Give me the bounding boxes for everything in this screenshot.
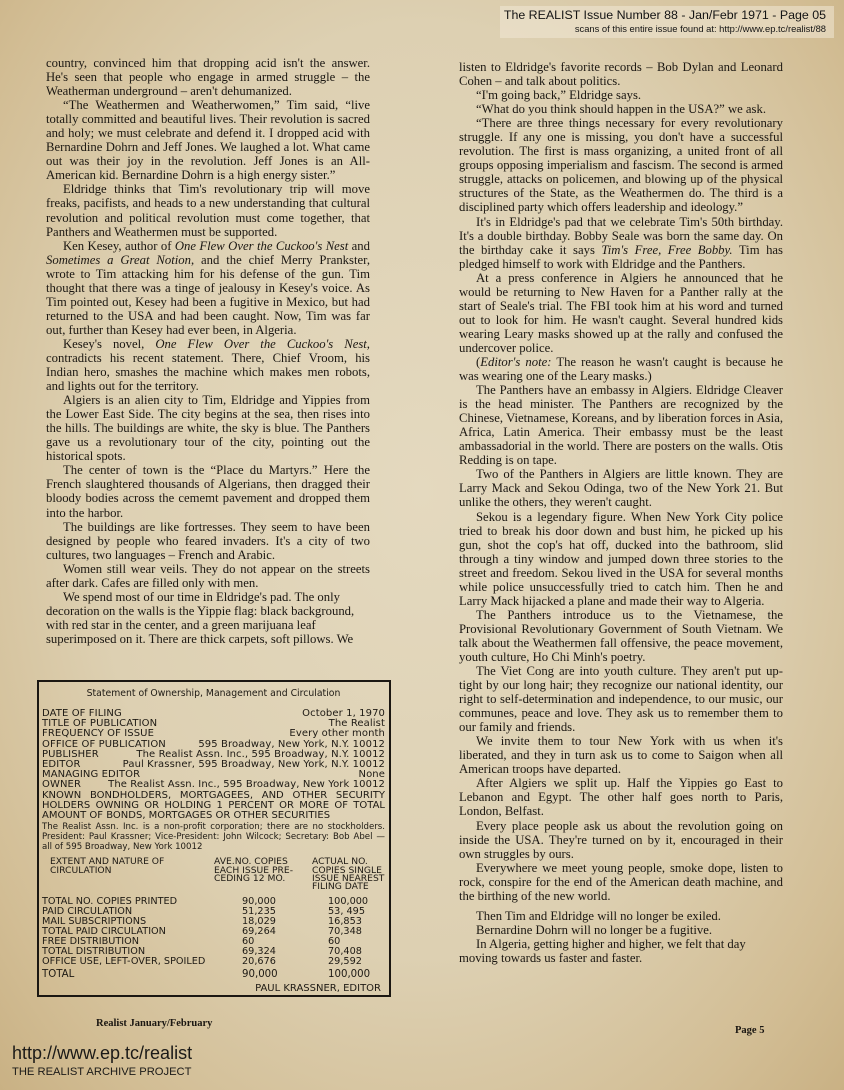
article-paragraph: We spend most of our time in Eldridge's … (46, 590, 370, 646)
article-paragraph: Eldridge thinks that Tim's revolutionary… (46, 182, 370, 238)
total-label: TOTAL (42, 970, 242, 980)
total-actual: 100,000 (328, 970, 398, 980)
article-paragraph: Kesey's novel, One Flew Over the Cuckoo'… (46, 337, 370, 393)
article-paragraph: “The Weathermen and Weatherwomen,” Tim s… (46, 98, 370, 182)
field-value: Paul Krassner, 595 Broadway, New York, N… (123, 760, 385, 770)
article-paragraph: The buildings are like fortresses. They … (46, 520, 370, 562)
nonprofit-note: The Realist Assn. Inc. is a non-profit c… (42, 822, 385, 852)
article-paragraph: The Viet Cong are into youth culture. Th… (459, 664, 783, 734)
article-paragraph: (Editor's note: The reason he wasn't cau… (459, 355, 783, 383)
article-paragraph: The Panthers introduce us to the Vietnam… (459, 608, 783, 664)
article-paragraph: The Panthers have an embassy in Algiers.… (459, 383, 783, 467)
statement-fields: DATE OF FILINGOctober 1, 1970TITLE OF PU… (42, 709, 385, 791)
circulation-header: EXTENT AND NATURE OF CIRCULATION AVE.NO.… (42, 858, 385, 892)
paragraph-text: Ken Kesey, author of (63, 239, 175, 253)
article-column-right: listen to Eldridge's favorite records – … (459, 60, 783, 965)
article-paragraph: Bernardine Dohrn will no longer be a fug… (459, 923, 783, 937)
article-paragraph: Every place people ask us about the revo… (459, 819, 783, 861)
archive-url-link[interactable]: http://www.ep.tc/realist (12, 1043, 192, 1064)
article-paragraph: Women still wear veils. They do not appe… (46, 562, 370, 590)
article-paragraph: After Algiers we split up. Half the Yipp… (459, 776, 783, 818)
article-column-left: country, convinced him that dropping aci… (46, 56, 370, 646)
article-paragraph: country, convinced him that dropping aci… (46, 56, 370, 98)
italic-title: Editor's note: (480, 355, 551, 369)
article-paragraph: Algiers is an alien city to Tim, Eldridg… (46, 393, 370, 463)
article-paragraph: Everywhere we meet young people, smoke d… (459, 861, 783, 903)
circulation-header-avg: AVE.NO. COPIES EACH ISSUE PRE- CEDING 12… (214, 858, 312, 892)
article-paragraph: It's in Eldridge's pad that we celebrate… (459, 215, 783, 271)
article-paragraph: The center of town is the “Place du Mart… (46, 463, 370, 519)
archive-header-banner: The REALIST Issue Number 88 - Jan/Febr 1… (500, 6, 834, 38)
row-avg: 69,264 (242, 927, 328, 937)
article-paragraph: At a press conference in Algiers he anno… (459, 271, 783, 355)
circulation-total-row: TOTAL 90,000 100,000 (42, 970, 385, 980)
paragraph-text: contradicts his recent statement. There,… (46, 351, 370, 393)
page-number: Page 5 (735, 1025, 764, 1036)
article-paragraph: Sekou is a legendary figure. When New Yo… (459, 510, 783, 608)
ownership-statement-box: Statement of Ownership, Management and C… (37, 680, 391, 997)
known-holders-text: KNOWN BONDHOLDERS, MORTGAGEES, AND OTHER… (42, 791, 385, 822)
row-label: OFFICE USE, LEFT-OVER, SPOILED (42, 957, 242, 967)
article-paragraph: “What do you think should happen in the … (459, 102, 783, 116)
issue-scan-link[interactable]: scans of this entire issue found at: htt… (500, 23, 826, 34)
circulation-table: EXTENT AND NATURE OF CIRCULATION AVE.NO.… (42, 858, 385, 980)
italic-title: One Flew Over the Cuckoo's Nest, (155, 337, 370, 351)
circulation-header-extent: EXTENT AND NATURE OF CIRCULATION (42, 858, 214, 892)
article-paragraph: In Algeria, getting higher and higher, w… (459, 937, 783, 965)
article-paragraph: Ken Kesey, author of One Flew Over the C… (46, 239, 370, 337)
issue-title: The REALIST Issue Number 88 - Jan/Febr 1… (500, 6, 826, 23)
circulation-row: OFFICE USE, LEFT-OVER, SPOILED20,67629,5… (42, 957, 385, 967)
paragraph-text: Kesey's novel, (63, 337, 155, 351)
article-paragraph: listen to Eldridge's favorite records – … (459, 60, 783, 88)
article-paragraph: Then Tim and Eldridge will no longer be … (459, 909, 783, 923)
archive-project-name: THE REALIST ARCHIVE PROJECT (12, 1066, 191, 1078)
circulation-header-actual: ACTUAL NO. COPIES SINGLE ISSUE NEAREST F… (312, 858, 396, 892)
total-avg: 90,000 (242, 970, 328, 980)
statement-title: Statement of Ownership, Management and C… (42, 688, 385, 699)
paragraph-text: and (348, 239, 370, 253)
italic-title: One Flew Over the Cuckoo's Nest (175, 239, 348, 253)
row-avg: 20,676 (242, 957, 328, 967)
article-paragraph: “There are three things necessary for ev… (459, 116, 783, 214)
row-actual: 29,592 (328, 957, 398, 967)
article-paragraph: We invite them to tour New York with us … (459, 734, 783, 776)
editor-signature: PAUL KRASSNER, EDITOR (42, 983, 385, 994)
article-paragraph: “I'm going back,” Eldridge says. (459, 88, 783, 102)
article-paragraph: Two of the Panthers in Algiers are littl… (459, 467, 783, 509)
footer-issue-label: Realist January/February (96, 1018, 212, 1029)
italic-title: Sometimes a Great Notion (46, 253, 191, 267)
italic-title: Tim's Free, Free Bobby. (601, 243, 732, 257)
